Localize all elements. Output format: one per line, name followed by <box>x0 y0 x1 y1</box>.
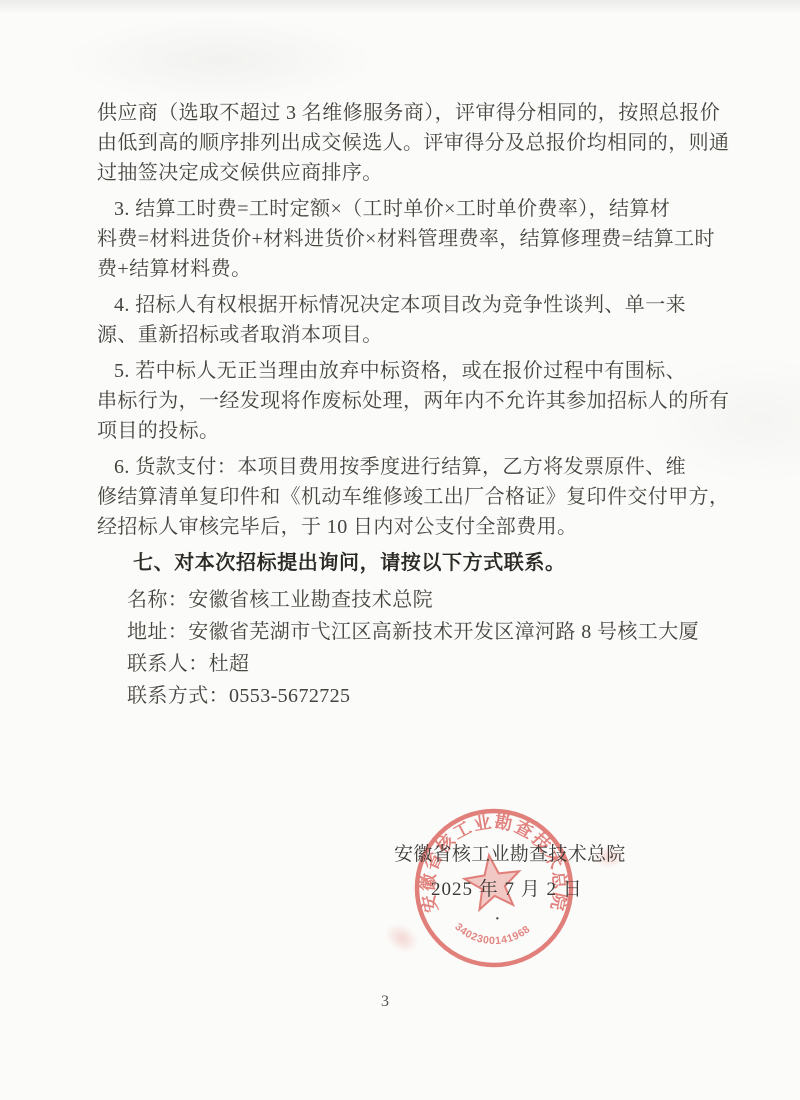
text-line: 项目的投标。 <box>97 416 743 446</box>
text-line: 联系人：杜超 <box>97 648 743 680</box>
text-line: 地址：安徽省芜湖市弋江区高新技术开发区漳河路 8 号核工大厦 <box>97 616 743 648</box>
text-line: 过抽签决定成交候供应商排序。 <box>97 158 743 188</box>
seal-code: 3402300141968 <box>452 921 532 947</box>
text-line: 4. 招标人有权根据开标情况决定本项目改为竞争性谈判、单一来 <box>97 290 743 320</box>
signature-company-name: 安徽省核工业勘查技术总院 <box>394 839 626 866</box>
svg-text:3402300141968: 3402300141968 <box>452 921 532 947</box>
text-line: 修结算清单复印件和《机动车维修竣工出厂合格证》复印件交付甲方， <box>97 482 743 512</box>
text-line: 源、重新招标或者取消本项目。 <box>97 320 743 350</box>
scanned-document-page: 供应商（选取不超过 3 名维修服务商），评审得分相同的，按照总报价由低到高的顺序… <box>0 0 800 1100</box>
text-line: 串标行为，一经发现将作废标处理，两年内不允许其参加招标人的所有 <box>97 386 743 416</box>
text-line: 名称：安徽省核工业勘查技术总院 <box>97 584 743 616</box>
text-line: 5. 若中标人无正当理由放弃中标资格，或在报价过程中有围标、 <box>97 356 743 386</box>
text-line: 七、对本次招标提出询问，请按以下方式联系。 <box>97 548 743 578</box>
page-number: 3 <box>370 993 400 1011</box>
text-line: 供应商（选取不超过 3 名维修服务商），评审得分相同的，按照总报价 <box>97 98 743 128</box>
text-line: 3. 结算工时费=工时定额×（工时单价×工时单价费率），结算材 <box>97 194 743 224</box>
text-line: 费+结算材料费。 <box>97 254 743 284</box>
text-line: 经招标人审核完毕后，于 10 日内对公支付全部费用。 <box>97 512 743 542</box>
text-line: 由低到高的顺序排列出成交候选人。评审得分及总报价均相同的，则通 <box>97 128 743 158</box>
text-line: 6. 货款支付：本项目费用按季度进行结算，乙方将发票原件、维 <box>97 452 743 482</box>
signature-dot-mark: · <box>494 908 501 931</box>
text-line: 料费=材料进货价+材料进货价×材料管理费率，结算修理费=结算工时 <box>97 224 743 254</box>
signature-date: 2025 年 7 月 2 日 <box>431 874 583 901</box>
document-body: 供应商（选取不超过 3 名维修服务商），评审得分相同的，按照总报价由低到高的顺序… <box>97 98 743 712</box>
text-line: 联系方式：0553-5672725 <box>97 680 743 712</box>
